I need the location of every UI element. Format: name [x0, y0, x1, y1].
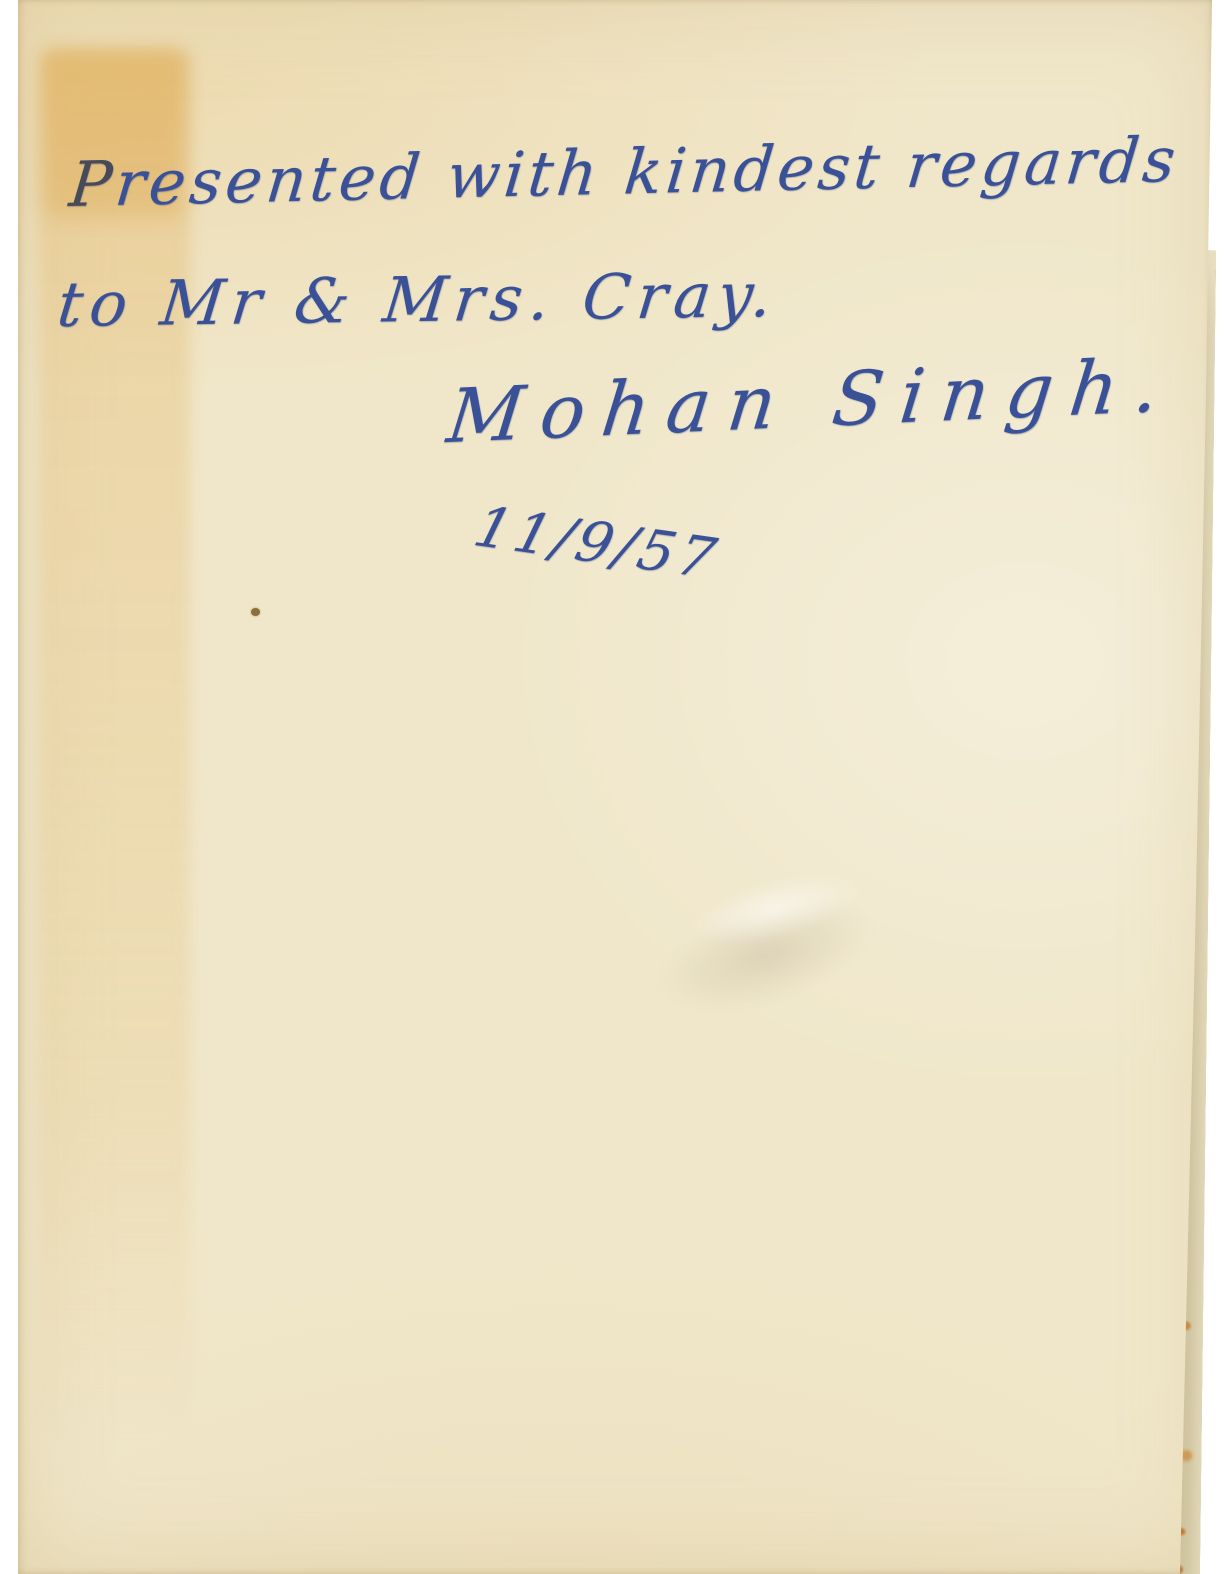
- inscription-date: 11/9/57: [468, 495, 726, 592]
- endpaper-page: Presented with kindest regards to Mr & M…: [18, 0, 1216, 1574]
- inscription-signature: Mohan Singh.: [443, 342, 1180, 460]
- inscription-line-1: Presented with kindest regards: [66, 123, 1182, 221]
- tape-stain: [40, 48, 190, 1438]
- ink-speck: [251, 608, 260, 616]
- book-endpaper-photo: Presented with kindest regards to Mr & M…: [0, 0, 1224, 1574]
- inscription-line-2: to Mr & Mrs. Cray.: [54, 258, 782, 341]
